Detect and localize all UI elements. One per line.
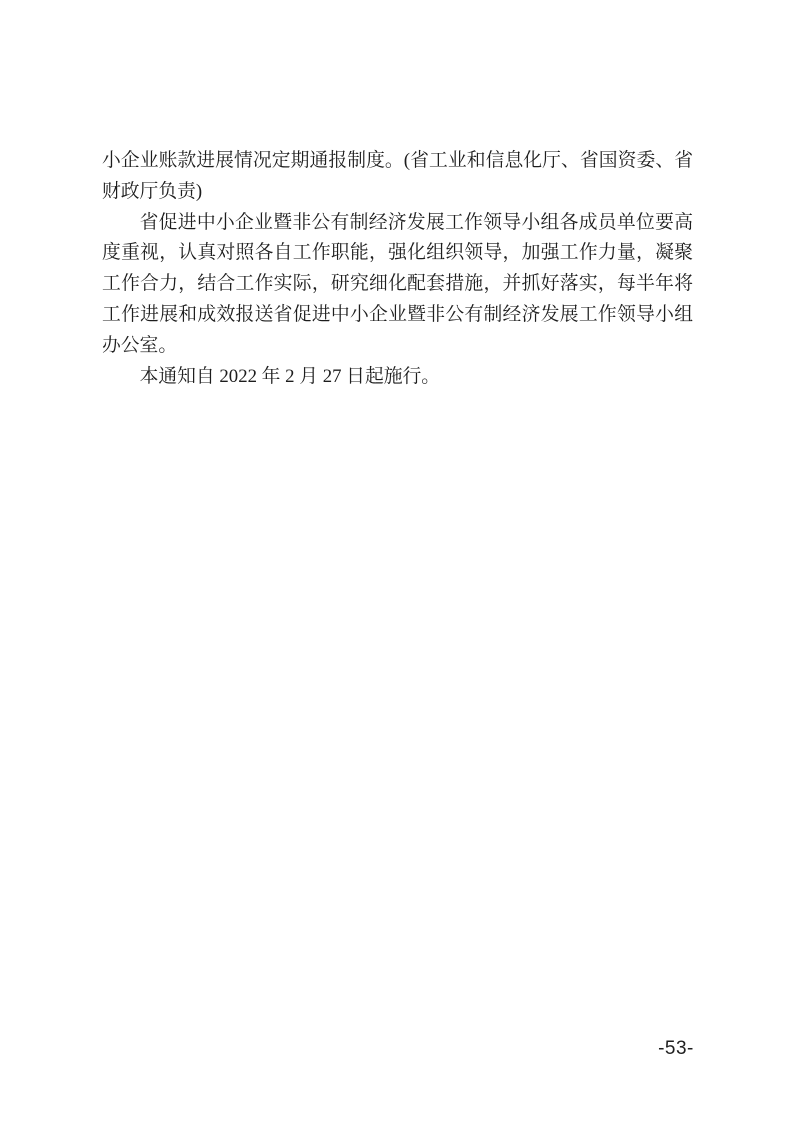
document-page: 小企业账款进展情况定期通报制度。(省工业和信息化厅、省国资委、省财政厅负责) 省… <box>0 0 793 1122</box>
paragraph-effective-date: 本通知自 2022 年 2 月 27 日起施行。 <box>102 362 693 393</box>
paragraph-work-requirements: 省促进中小企业暨非公有制经济发展工作领导小组各成员单位要高度重视，认真对照各自工… <box>102 208 693 362</box>
page-number: -53- <box>640 1038 712 1060</box>
body-text-block: 小企业账款进展情况定期通报制度。(省工业和信息化厅、省国资委、省财政厅负责) 省… <box>102 146 693 392</box>
paragraph-continuation: 小企业账款进展情况定期通报制度。(省工业和信息化厅、省国资委、省财政厅负责) <box>102 146 693 208</box>
